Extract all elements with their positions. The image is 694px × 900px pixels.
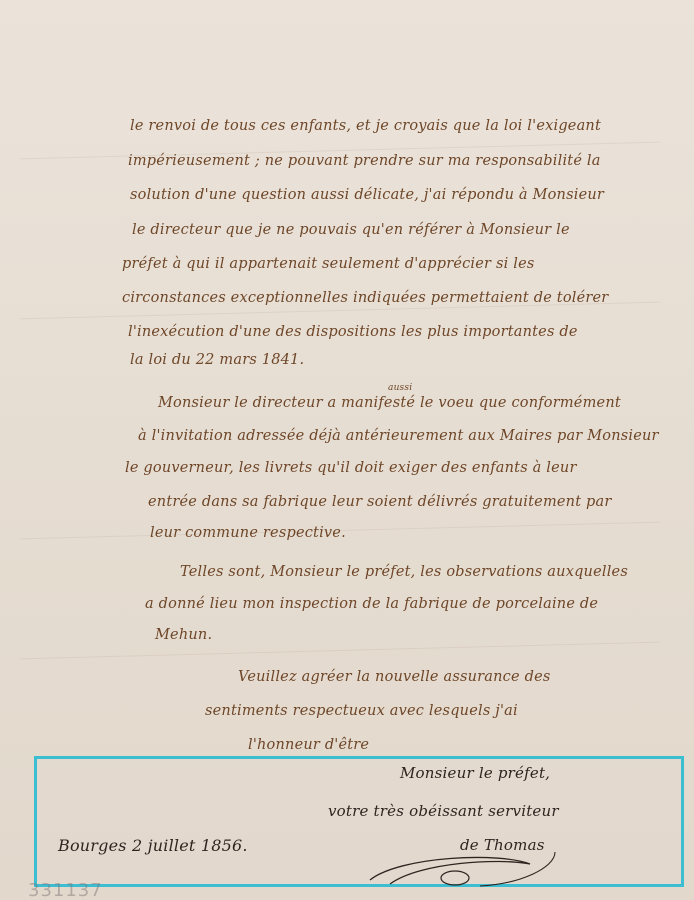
body-line: leur commune respective. bbox=[150, 525, 346, 541]
body-line: le directeur que je ne pouvais qu'en réf… bbox=[132, 222, 570, 238]
closing-salutation: Monsieur le préfet, bbox=[400, 764, 550, 782]
body-line: le renvoi de tous ces enfants, et je cro… bbox=[130, 118, 601, 134]
body-line: solution d'une question aussi délicate, … bbox=[130, 187, 604, 203]
body-line: entrée dans sa fabrique leur soient déli… bbox=[148, 494, 612, 510]
body-line: a donné lieu mon inspection de la fabriq… bbox=[145, 596, 598, 612]
highlight-region bbox=[34, 756, 684, 887]
body-line: l'honneur d'être bbox=[248, 737, 369, 753]
body-line: l'inexécution d'une des dispositions les… bbox=[128, 324, 578, 340]
body-line: le gouverneur, les livrets qu'il doit ex… bbox=[125, 460, 577, 476]
archive-stamp: 331137 bbox=[28, 880, 103, 900]
signature-flourish-icon bbox=[360, 848, 560, 888]
interlinear-addition: aussi bbox=[388, 383, 412, 393]
place-date: Bourges 2 juillet 1856. bbox=[58, 836, 248, 855]
body-line: à l'invitation adressée déjà antérieurem… bbox=[138, 428, 659, 444]
body-line: impérieusement ; ne pouvant prendre sur … bbox=[128, 153, 601, 169]
closing-formula: votre très obéissant serviteur bbox=[328, 802, 559, 820]
body-line: Veuillez agréer la nouvelle assurance de… bbox=[238, 669, 551, 685]
body-line: sentiments respectueux avec lesquels j'a… bbox=[205, 703, 518, 719]
body-line: la loi du 22 mars 1841. bbox=[130, 352, 304, 368]
body-line: circonstances exceptionnelles indiquées … bbox=[122, 290, 608, 306]
body-line: Mehun. bbox=[155, 627, 212, 643]
body-line: Monsieur le directeur a manifesté le voe… bbox=[158, 395, 621, 411]
body-line: préfet à qui il appartenait seulement d'… bbox=[122, 256, 535, 272]
manuscript-page: le renvoi de tous ces enfants, et je cro… bbox=[0, 0, 694, 900]
bleed-through bbox=[20, 642, 660, 660]
body-line: Telles sont, Monsieur le préfet, les obs… bbox=[180, 564, 628, 580]
